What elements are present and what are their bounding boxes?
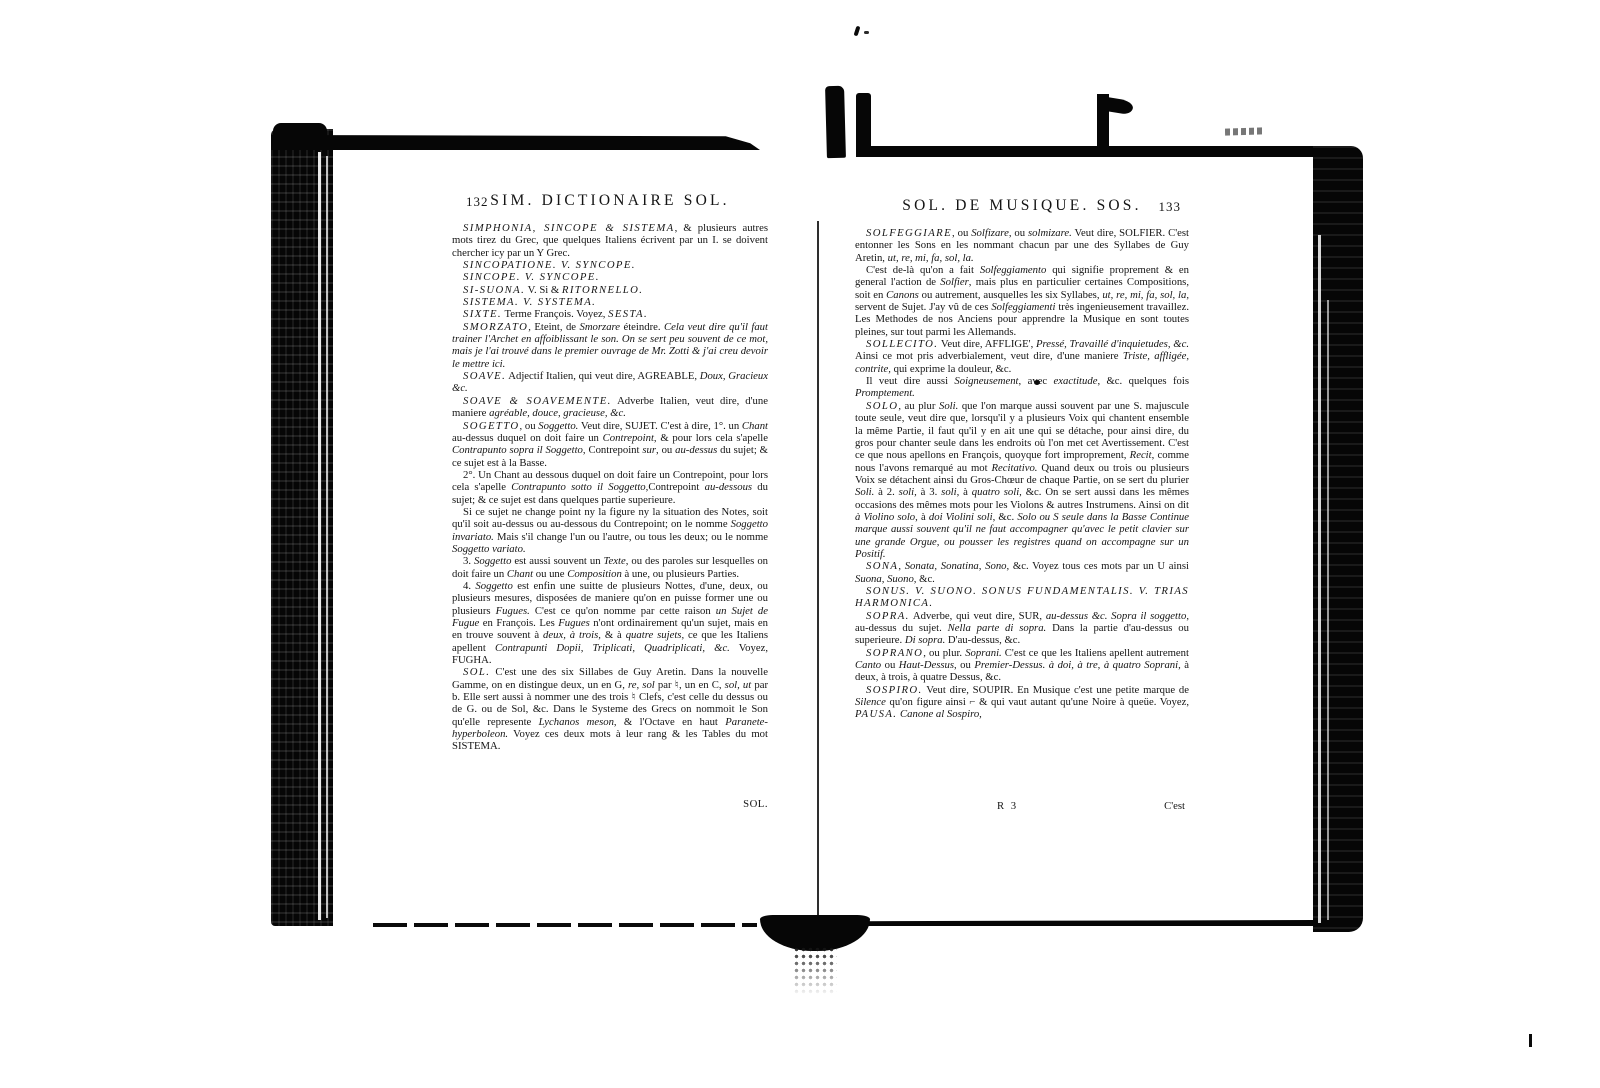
text-segment: , & pour lors cela s'apelle xyxy=(654,432,768,444)
text-segment: Ainsi ce mot pris adverbialement, veut d… xyxy=(855,350,1123,362)
paragraph: C'est de-là qu'on a fait Solfeggiamento … xyxy=(855,264,1189,338)
running-title: SOL. DE MUSIQUE. SOS. xyxy=(855,197,1189,215)
entry-headword: SONA xyxy=(866,560,898,572)
paragraph: SOSPIRO. Veut dire, SOUPIR. En Musique c… xyxy=(855,684,1189,721)
paragraph: SONUS. V. SUONO. SONUS FUNDAMENTALIS. V.… xyxy=(855,585,1189,610)
entry-headword: SOL. xyxy=(463,666,490,678)
text-segment: sur xyxy=(642,444,656,456)
text-segment: 3. xyxy=(463,555,474,567)
entry-headword: SOLFEGGIARE xyxy=(866,227,952,239)
text-segment: qui exprime la douleur, &c. xyxy=(891,363,1011,375)
body-text: SOLFEGGIARE, ou Solfizare, ou solmizare.… xyxy=(855,227,1189,721)
paragraph: SOAVE. Adjectif Italien, qui veut dire, … xyxy=(452,370,768,395)
text-segment: au-dessus xyxy=(675,444,717,456)
catchword: SOL. xyxy=(452,798,768,810)
text-segment: 4. xyxy=(463,580,475,592)
text-segment: , &c. quelques fois xyxy=(1097,375,1189,387)
text-segment: à 3. xyxy=(917,486,941,498)
text-segment: Contrepoint xyxy=(648,481,704,493)
text-segment: Contrepoint xyxy=(603,432,654,444)
text-segment: , ou plur. xyxy=(923,647,965,659)
paragraph: 3. Soggetto est aussi souvent un Texte, … xyxy=(452,555,768,580)
text-segment: quatro soli, xyxy=(972,486,1022,498)
text-segment: ou une xyxy=(533,568,567,580)
text-segment: Si ce sujet ne change point ny la figure… xyxy=(452,506,768,530)
text-segment: Soggetto variato. xyxy=(452,543,526,555)
entry-headword: SOGETTO xyxy=(463,420,520,432)
text-segment: re, sol xyxy=(628,679,655,691)
text-segment: &c. xyxy=(916,573,934,585)
paragraph: SOLO, au plur Soli. que l'on marque auss… xyxy=(855,400,1189,560)
text-segment: ou autrement, ausquelles les six Syllabe… xyxy=(919,289,1103,301)
text-segment: Fugues. xyxy=(496,605,530,617)
text-segment: au-dessus &c. Sopra il soggetto xyxy=(1046,610,1187,622)
text-segment: Promptement. xyxy=(855,387,915,399)
text-segment: Contrapunto sopra il Soggetto xyxy=(452,444,583,456)
paragraph: SISTEMA. V. SYSTEMA. xyxy=(452,296,768,308)
text-segment: Chant xyxy=(742,420,768,432)
page-edge-streak xyxy=(318,152,321,920)
text-segment: D'au-dessus, &c. xyxy=(945,634,1020,646)
text-segment: doi Violini soli xyxy=(929,511,993,523)
text-segment: Veut dire, AFFLIGE', xyxy=(938,338,1036,350)
text-segment: qu'on figure ainsi ⌐ & qui vaut autant q… xyxy=(886,696,1189,708)
text-segment: Soigneusement xyxy=(954,375,1018,387)
page-number: 132 xyxy=(466,194,489,210)
text-segment: au-dessous xyxy=(705,481,753,493)
page-number: 133 xyxy=(1159,199,1182,215)
text-segment: au-dessus duquel on doit faire un xyxy=(452,432,603,444)
text-segment: C'est de-là qu'on a fait xyxy=(866,264,980,276)
entry-headword: SOPRANO xyxy=(866,647,923,659)
text-segment: servent de Sujet. J'ay vû de ces xyxy=(855,301,991,313)
page-header: SOL. DE MUSIQUE. SOS. 133 xyxy=(855,197,1189,219)
paragraph: SOGETTO, ou Soggetto. Veut dire, SUJET. … xyxy=(452,420,768,469)
book-top-edge-left xyxy=(271,135,760,150)
text-segment: ut, re, mi, fa, sol, la, xyxy=(1102,289,1189,301)
paragraph: SOLLECITO. Veut dire, AFFLIGE', Pressé, … xyxy=(855,338,1189,375)
entry-headword: SINCOPE. V. SYNCOPE. xyxy=(463,271,600,283)
text-segment: , & l'Octave en haut xyxy=(614,716,725,728)
text-segment: Chant xyxy=(507,568,533,580)
text-segment: , à xyxy=(915,511,929,523)
text-segment: à Violino solo xyxy=(855,511,915,523)
text-segment: Lychanos meson xyxy=(539,716,614,728)
scan-artifact-mark xyxy=(854,26,861,37)
paragraph: SOPRANO, ou plur. Soprani. C'est ce que … xyxy=(855,647,1189,684)
entry-headword: SOLLECITO. xyxy=(866,338,938,350)
text-segment: Terme François. Voyez, xyxy=(502,308,608,320)
text-segment: , ou xyxy=(1009,227,1028,239)
text-segment: quatre sujets, xyxy=(626,629,684,641)
text-segment: Nella parte di sopra. xyxy=(948,622,1047,634)
text-segment: Texte xyxy=(604,555,626,567)
paragraph: SOAVE & SOAVEMENTE. Adverbe Italien, veu… xyxy=(452,395,768,420)
entry-headword: SIMPHONIA, SINCOPE & SISTEMA xyxy=(463,222,675,234)
text-segment: , ou xyxy=(954,659,974,671)
text-segment: exactitude xyxy=(1054,375,1098,387)
text-segment: est aussi souvent un xyxy=(511,555,603,567)
text-segment: Silence xyxy=(855,696,886,708)
text-segment: Di sopra. xyxy=(905,634,945,646)
scan-artifact-mark xyxy=(864,31,869,34)
text-segment: Fugues xyxy=(558,617,589,629)
entry-headword: SIXTE. xyxy=(463,308,502,320)
text-segment: Solfizare xyxy=(971,227,1009,239)
text-segment: à une, ou plusieurs Parties. xyxy=(622,568,739,580)
text-segment: Solfier xyxy=(940,276,969,288)
entry-headword: SONUS. V. SUONO. SONUS FUNDAMENTALIS. V.… xyxy=(855,585,1189,609)
spine-top-mark xyxy=(825,86,846,158)
page-left: 132 SIM. DICTIONAIRE SOL. SIMPHONIA, SIN… xyxy=(452,192,768,753)
spine-bottom-speckles xyxy=(793,946,837,996)
scanned-book-spread: 132 SIM. DICTIONAIRE SOL. SIMPHONIA, SIN… xyxy=(0,0,1600,1088)
text-segment: à 2. xyxy=(874,486,898,498)
text-segment: & à xyxy=(601,629,626,641)
body-text: SIMPHONIA, SINCOPE & SISTEMA, & plusieur… xyxy=(452,222,768,753)
text-segment: , &c. xyxy=(993,511,1018,523)
text-segment: Veut dire, SUJET. C'est à dire, 1°. un xyxy=(578,420,742,432)
text-segment: &c. Voyez tous ces mots par un U ainsi xyxy=(1009,560,1189,572)
page-edge-streak xyxy=(1318,235,1321,923)
paragraph: SIXTE. Terme François. Voyez, SESTA. xyxy=(452,308,768,320)
entry-headword: SOPRA. xyxy=(866,610,910,622)
text-segment: Adverbe, qui veut dire, SUR, xyxy=(910,610,1046,622)
entry-headword: SOAVE & SOAVEMENTE. xyxy=(463,395,612,407)
text-segment: agréable, douce, gracieuse, &c. xyxy=(489,407,626,419)
text-segment: Mais s'il change l'un ou l'autre, ou tou… xyxy=(494,531,768,543)
text-segment: , ou xyxy=(520,420,539,432)
scan-artifact-smudge xyxy=(1225,127,1263,135)
entry-headword: SESTA. xyxy=(608,308,648,320)
book-bottom-edge-right xyxy=(863,920,1313,926)
text-segment: Suona, Suono, xyxy=(855,573,916,585)
paragraph: SI-SUONA. V. Si & RITORNELLO. xyxy=(452,284,768,296)
text-segment: Recit xyxy=(1130,449,1152,461)
text-segment: deux, à trois, xyxy=(543,629,601,641)
text-segment: Soli. xyxy=(939,400,958,412)
text-segment: sol, ut xyxy=(725,679,752,691)
entry-headword: SMORZATO xyxy=(463,321,528,333)
signature-mark: R 3 xyxy=(997,800,1018,812)
text-segment: par ♮, un en C, xyxy=(655,679,725,691)
text-segment: Pressé, Travaillé d'inquietudes, &c. xyxy=(1036,338,1189,350)
entry-headword: SOAVE. xyxy=(463,370,506,382)
text-segment: Veut dire, SOUPIR. En Musique c'est une … xyxy=(923,684,1189,696)
paragraph: SINCOPE. V. SYNCOPE. xyxy=(452,271,768,283)
paragraph: 2°. Un Chant au dessous duquel on doit f… xyxy=(452,469,768,506)
paragraph: 4. Soggetto est enfin une suitte de plus… xyxy=(452,580,768,666)
text-segment: Canons xyxy=(886,289,919,301)
book-bottom-edge-left xyxy=(373,923,757,927)
entry-headword: SI-SUONA. xyxy=(463,284,525,296)
page-edge-streak xyxy=(1327,300,1329,920)
entry-headword: SOSPIRO. xyxy=(866,684,923,696)
entry-headword: RITORNELLO. xyxy=(562,284,643,296)
entry-headword: PAUSA. xyxy=(855,708,897,720)
paragraph: SOL. C'est une des six Sillabes de Guy A… xyxy=(452,666,768,752)
entry-headword: SINCOPATIONE. V. SYNCOPE. xyxy=(463,259,636,271)
text-segment: soli, xyxy=(941,486,959,498)
page-header: 132 SIM. DICTIONAIRE SOL. xyxy=(452,192,768,214)
spine-fold-line xyxy=(817,221,819,922)
text-segment: C'est ce qu'on nomme par cette raison xyxy=(530,605,716,617)
text-segment: Haut-Dessus xyxy=(899,659,954,671)
text-segment: à xyxy=(959,486,971,498)
text-segment: Contrapunto sotto il Soggetto, xyxy=(511,481,648,493)
text-segment: Soprani. xyxy=(965,647,1002,659)
page-right: SOL. DE MUSIQUE. SOS. 133 SOLFEGGIARE, o… xyxy=(855,197,1189,721)
text-segment: éteindre. xyxy=(620,321,664,333)
text-segment: Contrapunti Dopii, Triplicati, Quadripli… xyxy=(495,642,730,654)
text-segment: , Contrepoint xyxy=(583,444,642,456)
text-segment: Sonata, Sonatina, Sono, xyxy=(905,560,1009,572)
text-segment: C'est ce que les Italiens apellent autre… xyxy=(1002,647,1189,659)
text-segment: ut, re, mi, fa, sol, la. xyxy=(888,252,974,264)
text-segment: V. Si & xyxy=(525,284,562,296)
text-segment: solmizare. xyxy=(1028,227,1072,239)
paragraph: SONA, Sonata, Sonatina, Sono, &c. Voyez … xyxy=(855,560,1189,585)
text-segment: en François. Les xyxy=(479,617,558,629)
text-segment: , ou xyxy=(952,227,971,239)
text-segment: , Eteint, de xyxy=(528,321,579,333)
text-segment: Canto xyxy=(855,659,881,671)
text-segment: Composition xyxy=(567,568,622,580)
book-left-edge xyxy=(271,129,333,926)
text-segment: Smorzare xyxy=(579,321,620,333)
text-segment: Adjectif Italien, qui veut dire, AGREABL… xyxy=(506,370,700,382)
paragraph: SINCOPATIONE. V. SYNCOPE. xyxy=(452,259,768,271)
paragraph: SOLFEGGIARE, ou Solfizare, ou solmizare.… xyxy=(855,227,1189,264)
entry-headword: SOLO xyxy=(866,400,898,412)
text-segment: soli, xyxy=(899,486,917,498)
text-segment: Soli. xyxy=(855,486,874,498)
paragraph: SIMPHONIA, SINCOPE & SISTEMA, & plusieur… xyxy=(452,222,768,259)
text-segment: Canone al Sospiro, xyxy=(900,708,982,720)
text-segment: , au plur xyxy=(898,400,939,412)
text-segment: Solfeggiamento xyxy=(980,264,1047,276)
text-segment: , avec xyxy=(1019,375,1054,387)
paragraph: Il veut dire aussi Soigneusement, avec e… xyxy=(855,375,1189,400)
paragraph: SMORZATO, Eteint, de Smorzare éteindre. … xyxy=(452,321,768,370)
paragraph: SOPRA. Adverbe, qui veut dire, SUR, au-d… xyxy=(855,610,1189,647)
catchword: C'est xyxy=(1164,800,1185,812)
text-segment: Premier-Dessus. à doi, à tre, à quatro S… xyxy=(974,659,1180,671)
text-segment: ou xyxy=(881,659,899,671)
page-edge-streak xyxy=(326,156,328,918)
text-segment: Solfeggiamenti xyxy=(991,301,1055,313)
text-segment: Recitativo. xyxy=(991,462,1037,474)
entry-headword: SISTEMA. V. SYSTEMA. xyxy=(463,296,596,308)
text-segment: Soggetto xyxy=(475,580,512,592)
text-segment: , ou xyxy=(656,444,675,456)
scan-artifact-tick xyxy=(1529,1034,1532,1047)
text-segment: Soggetto. xyxy=(538,420,578,432)
text-segment: Soggetto xyxy=(474,555,511,567)
paragraph: Si ce sujet ne change point ny la figure… xyxy=(452,506,768,555)
text-segment: Il veut dire aussi xyxy=(866,375,954,387)
running-title: SIM. DICTIONAIRE SOL. xyxy=(452,192,768,210)
